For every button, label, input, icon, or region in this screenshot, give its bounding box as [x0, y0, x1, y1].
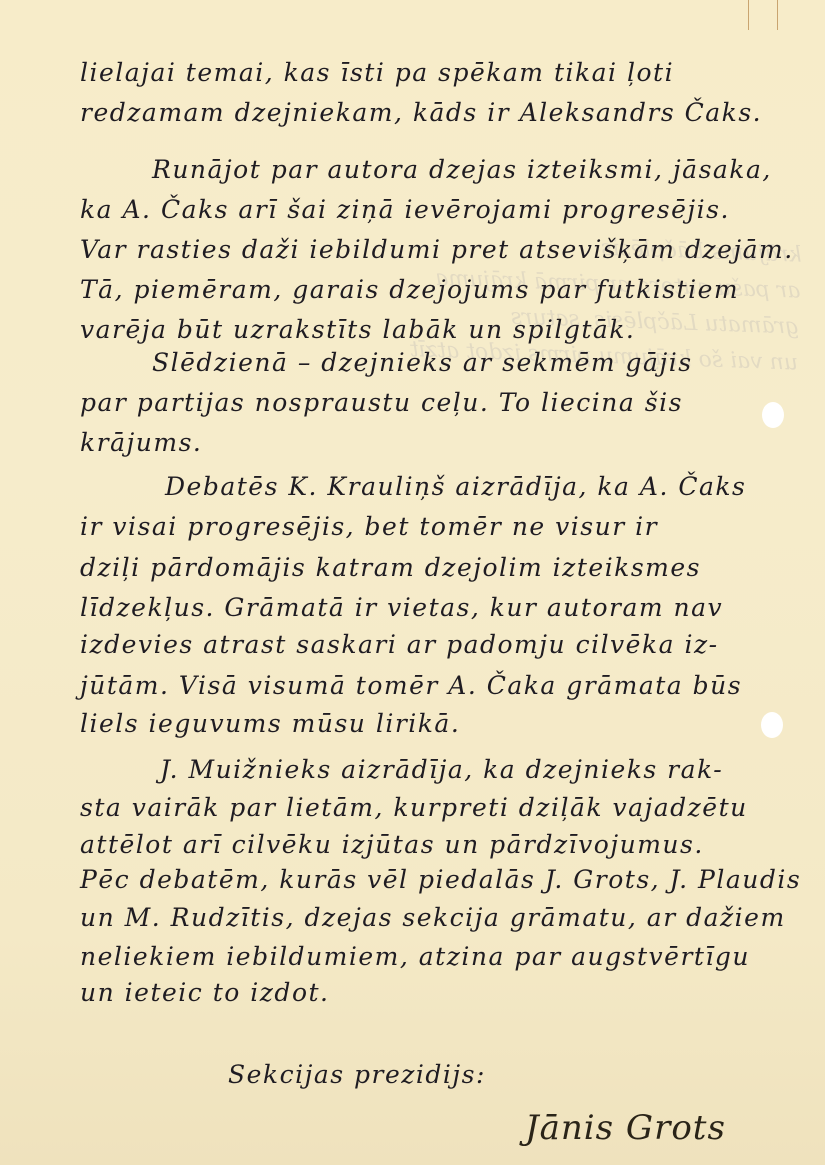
- text-line: un M. Rudzītis, dzejas sekcija grāmatu, …: [80, 903, 786, 932]
- punch-hole: [762, 402, 784, 428]
- text-line: Var rasties daži iebildumi pret atsevišķ…: [80, 235, 794, 264]
- text-line: neliekiem iebildumiem, atzina par augstv…: [80, 942, 750, 971]
- text-line: attēlot arī cilvēku izjūtas un pārdzīvoj…: [80, 830, 704, 859]
- text-line: Tā, piemēram, garais dzejojums par futki…: [80, 275, 739, 304]
- text-line: J. Muižnieks aizrādīja, ka dzejnieks rak…: [160, 755, 723, 784]
- text-line: ka A. Čaks arī šai ziņā ievērojami progr…: [80, 195, 730, 224]
- text-line: un ieteic to izdot.: [80, 978, 329, 1007]
- text-line: Sekcijas prezidijs:: [228, 1060, 486, 1089]
- text-line: līdzekļus. Grāmatā ir vietas, kur autora…: [80, 593, 723, 622]
- text-line: lielajai temai, kas īsti pa spēkam tikai…: [80, 58, 674, 87]
- punch-hole: [761, 712, 783, 738]
- text-line: ir visai progresējis, bet tomēr ne visur…: [80, 512, 658, 541]
- text-line: izdevies atrast saskari ar padomju cilvē…: [80, 630, 719, 659]
- text-line: par partijas nospraustu ceļu. To liecina…: [80, 388, 683, 417]
- text-line: sta vairāk par lietām, kurpreti dziļāk v…: [80, 793, 748, 822]
- signature: Jānis Grots: [525, 1108, 726, 1148]
- text-line: Pēc debatēm, kurās vēl piedalās J. Grots…: [80, 865, 801, 894]
- paper-crease: [777, 0, 778, 30]
- text-line: krājums.: [80, 428, 202, 457]
- text-line: jūtām. Visā visumā tomēr A. Čaka grāmata…: [80, 671, 742, 700]
- text-line: Slēdzienā – dzejnieks ar sekmēm gājis: [152, 348, 693, 377]
- text-line: dziļi pārdomājis katram dzejolim izteiks…: [80, 553, 701, 582]
- text-line: redzamam dzejniekam, kāds ir Aleksandrs …: [80, 98, 762, 127]
- text-line: varēja būt uzrakstīts labāk un spilgtāk.: [80, 315, 635, 344]
- text-line: Debatēs K. Krauliņš aizrādīja, ka A. Čak…: [165, 472, 746, 501]
- paper-crease: [748, 0, 749, 30]
- text-line: Runājot par autora dzejas izteiksmi, jās…: [152, 155, 772, 184]
- text-line: liels ieguvums mūsu lirikā.: [80, 709, 460, 738]
